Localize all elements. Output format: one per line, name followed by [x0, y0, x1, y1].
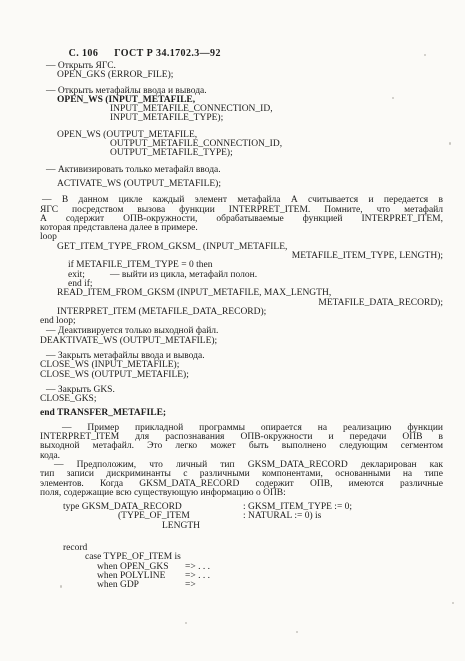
- scan-speck: [449, 142, 451, 145]
- text-segment: METAFILE_DATA_RECORD);: [318, 298, 443, 308]
- text-segment: LENGTH: [162, 521, 200, 531]
- text-segment: ACTIVATE_WS (OUTPUT_METAFILE);: [57, 179, 221, 189]
- text-line: выходной метафайл. Это легко может быть …: [40, 442, 443, 451]
- text-segment: CLOSE_WS (OUTPUT_METAFILE);: [40, 370, 189, 380]
- page-number: С. 106: [69, 48, 99, 59]
- text-line: INPUT_METAFILE_CONNECTION_ID,: [40, 105, 443, 114]
- text-line: поля, содержащие всю существующую информ…: [40, 489, 443, 498]
- text-line: OUTPUT_METAFILE_CONNECTION_ID,: [40, 140, 443, 149]
- text-segment: end TRANSFER_METAFILE;: [40, 408, 166, 418]
- text-segment: =>: [185, 580, 196, 590]
- scan-speck: [185, 622, 187, 624]
- text-line: — Активизировать только метафайл ввода.: [40, 166, 443, 175]
- text-segment: поля, содержащие всю существующую информ…: [40, 488, 286, 498]
- text-segment: READ_ITEM_FROM_GKSM (INPUT_METAFILE, MAX…: [57, 288, 331, 298]
- document-lines: — Открыть ЯГС.OPEN_GKS (ERROR_FILE);— От…: [40, 62, 443, 591]
- text-segment: METAFILE_ITEM_TYPE, LENGTH);: [292, 251, 443, 261]
- text-segment: : NATURAL := 0) is: [243, 511, 321, 521]
- text-segment: INPUT_METAFILE_TYPE);: [110, 113, 223, 123]
- text-line: exit;— выйти из цикла, метафайл полон.: [40, 271, 443, 280]
- text-segment: CLOSE_GKS;: [40, 394, 96, 404]
- text-line: type GKSM_DATA_RECORD: GKSM_ITEM_TYPE :=…: [40, 503, 443, 512]
- text-segment: — выйти из цикла, метафайл полон.: [110, 270, 257, 280]
- scan-speck: [60, 585, 62, 588]
- text-line: INPUT_METAFILE_TYPE);: [40, 114, 443, 123]
- text-segment: loop: [40, 232, 57, 242]
- text-line: CLOSE_WS (OUTPUT_METAFILE);: [40, 371, 443, 380]
- text-line: CLOSE_GKS;: [40, 395, 443, 404]
- text-line: (TYPE_OF_ITEM: NATURAL := 0) is: [40, 512, 443, 521]
- text-segment: end loop;: [40, 316, 76, 326]
- text-line: LENGTH: [40, 522, 443, 531]
- text-line: — Закрыть GKS.: [40, 386, 443, 395]
- text-line: INTERPRET_ITEM (METAFILE_DATA_RECORD);: [40, 308, 443, 317]
- text-line: OUTPUT_METAFILE_TYPE);: [40, 149, 443, 158]
- scan-speck: [296, 631, 298, 633]
- text-line: OPEN_GKS (ERROR_FILE);: [40, 71, 443, 80]
- text-segment: выходной метафайл. Это легко может быть …: [40, 441, 443, 451]
- text-segment: — Активизировать только метафайл ввода.: [46, 165, 221, 175]
- text-line: ACTIVATE_WS (OUTPUT_METAFILE);: [40, 180, 443, 189]
- scan-speck: [452, 602, 454, 604]
- scan-speck: [424, 54, 426, 56]
- text-line: которая представлена далее в примере.: [40, 224, 443, 233]
- text-segment: INTERPRET_ITEM (METAFILE_DATA_RECORD);: [57, 307, 266, 317]
- text-segment: GET_ITEM_TYPE_FROM_GKSM_ (INPUT_METAFILE…: [57, 242, 287, 252]
- text-segment: которая представлена далее в примере.: [40, 223, 198, 233]
- text-segment: record: [63, 543, 87, 553]
- document-page: С. 106ГОСТ Р 34.1702.3—92 — Открыть ЯГС.…: [0, 0, 465, 661]
- text-segment: OUTPUT_METAFILE_TYPE);: [110, 148, 233, 158]
- text-line: end TRANSFER_METAFILE;: [40, 409, 443, 418]
- text-line: when GDP=>: [40, 581, 443, 590]
- text-segment: case TYPE_OF_ITEM is: [85, 552, 181, 562]
- text-segment: when GDP: [97, 581, 185, 590]
- text-segment: OPEN_GKS (ERROR_FILE);: [57, 70, 173, 80]
- text-segment: DEAKTIVATE_WS (OUTPUT_METAFILE);: [40, 336, 217, 346]
- text-line: DEAKTIVATE_WS (OUTPUT_METAFILE);: [40, 337, 443, 346]
- standard-number: ГОСТ Р 34.1702.3—92: [114, 48, 221, 59]
- scan-speck: [392, 97, 394, 99]
